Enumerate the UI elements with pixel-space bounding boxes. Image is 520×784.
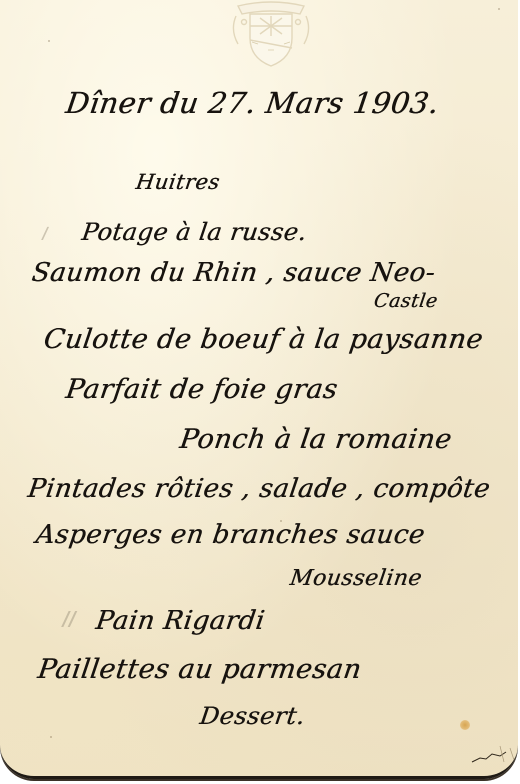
menu-item: Paillettes au parmesan bbox=[36, 654, 364, 685]
menu-card: Dîner du 27. Mars 1903. I Huitres Potage… bbox=[0, 0, 518, 779]
pencil-mark: I bbox=[37, 224, 52, 245]
paper-speck bbox=[48, 40, 50, 42]
menu-item: Huitres bbox=[134, 170, 221, 194]
paper-speck bbox=[498, 8, 500, 10]
menu-item: Castle bbox=[372, 290, 439, 312]
menu-item: Culotte de boeuf à la paysanne bbox=[42, 324, 485, 355]
paper-crack-icon bbox=[470, 740, 518, 770]
paper-stain bbox=[460, 720, 470, 730]
coat-of-arms-icon bbox=[228, 0, 314, 68]
menu-item: Potage à la russe. bbox=[80, 218, 309, 246]
pencil-mark: II bbox=[56, 608, 81, 633]
menu-item: Mousseline bbox=[288, 566, 423, 591]
menu-item: Saumon du Rhin , sauce Neo- bbox=[30, 258, 437, 288]
menu-item: Pain Rigardi bbox=[94, 606, 267, 636]
menu-item: Parfait de foie gras bbox=[64, 374, 340, 405]
menu-item: Asperges en branches sauce bbox=[34, 520, 427, 550]
menu-title: Dîner du 27. Mars 1903. bbox=[64, 86, 441, 120]
menu-item: Pintades rôties , salade , compôte bbox=[26, 474, 492, 504]
menu-item: Dessert. bbox=[198, 702, 307, 730]
menu-item: Ponch à la romaine bbox=[178, 424, 454, 455]
paper-speck bbox=[50, 736, 52, 738]
paper-speck bbox=[280, 520, 282, 522]
